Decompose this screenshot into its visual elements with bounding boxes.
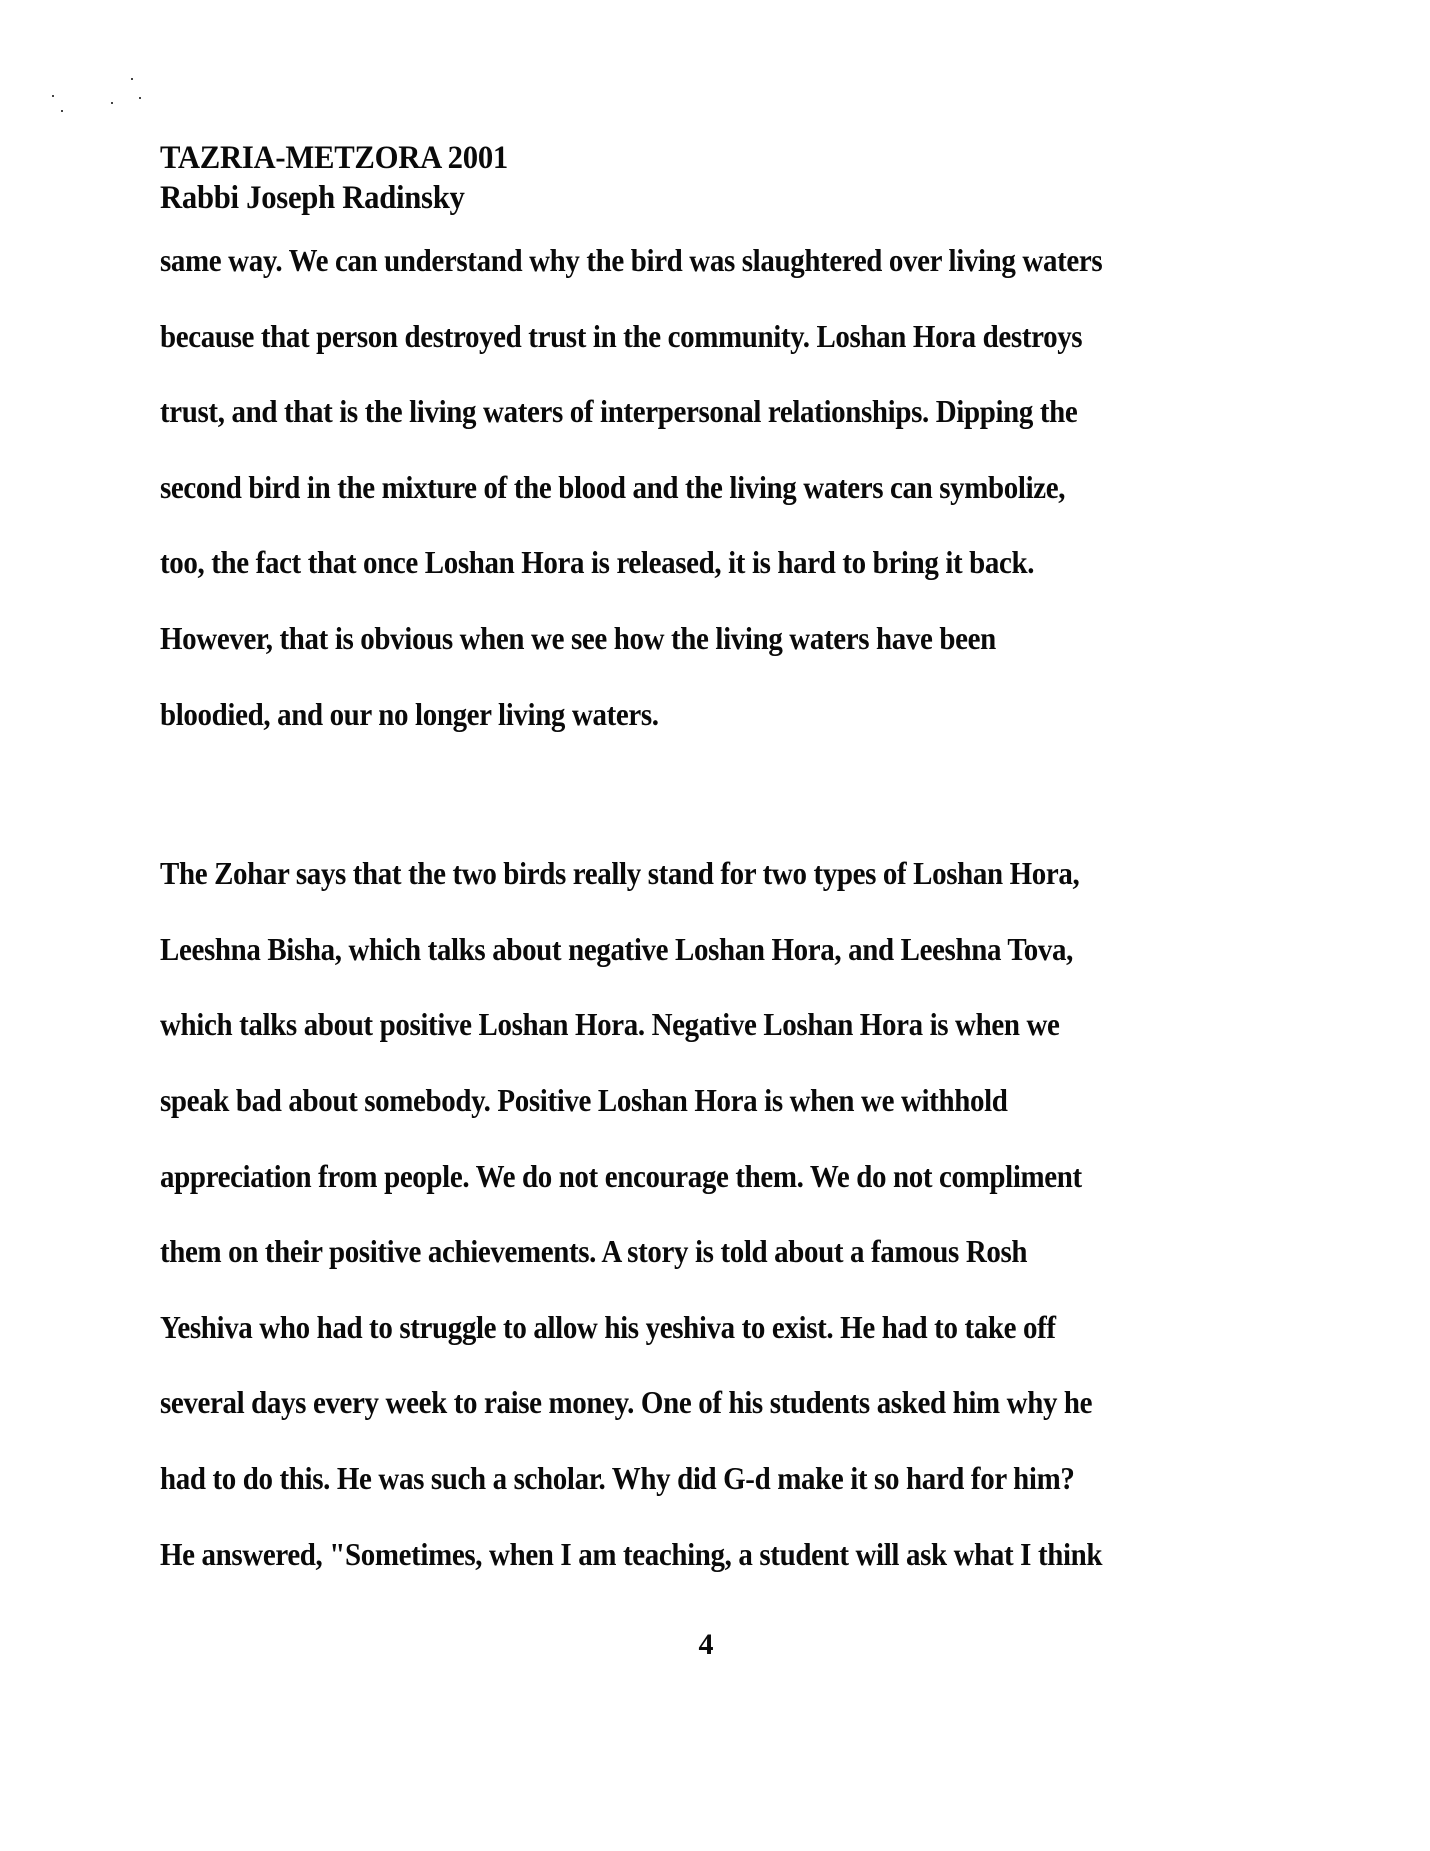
scan-speck [131,78,133,80]
document-author: Rabbi Joseph Radinsky [160,178,508,218]
scan-speck [111,102,113,104]
document-page: TAZRIA-METZORA 2001 Rabbi Joseph Radinsk… [0,0,1430,1851]
document-body: same way. We can understand why the bird… [160,240,1360,1609]
text-line: He answered, "Sometimes, when I am teach… [160,1534,1246,1610]
page-number: 4 [0,1628,1430,1662]
text-line: Leeshna Bisha, which talks about negativ… [160,929,1246,1005]
text-line: had to do this. He was such a scholar. W… [160,1458,1246,1534]
scan-speck [52,95,54,97]
text-line: speak bad about somebody. Positive Losha… [160,1080,1246,1156]
paragraph-2: The Zohar says that the two birds really… [160,853,1360,1609]
document-header: TAZRIA-METZORA 2001 Rabbi Joseph Radinsk… [160,138,508,218]
text-line: However, that is obvious when we see how… [160,618,1246,694]
text-line: them on their positive achievements. A s… [160,1231,1246,1307]
scan-speck [139,97,141,99]
paragraph-spacer [160,769,1360,853]
text-line: second bird in the mixture of the blood … [160,467,1246,543]
paragraph-1: same way. We can understand why the bird… [160,240,1360,769]
text-line: same way. We can understand why the bird… [160,240,1246,316]
page-number-text: 4 [699,1628,714,1662]
text-line: The Zohar says that the two birds really… [160,853,1246,929]
text-line: Yeshiva who had to struggle to allow his… [160,1307,1246,1383]
document-title: TAZRIA-METZORA 2001 [160,138,508,178]
text-line: because that person destroyed trust in t… [160,316,1246,392]
scan-speck [61,110,63,112]
text-line: appreciation from people. We do not enco… [160,1156,1246,1232]
text-line: too, the fact that once Loshan Hora is r… [160,542,1246,618]
text-line: bloodied, and our no longer living water… [160,694,1246,770]
text-line: which talks about positive Loshan Hora. … [160,1004,1246,1080]
text-line: trust, and that is the living waters of … [160,391,1246,467]
text-line: several days every week to raise money. … [160,1382,1246,1458]
